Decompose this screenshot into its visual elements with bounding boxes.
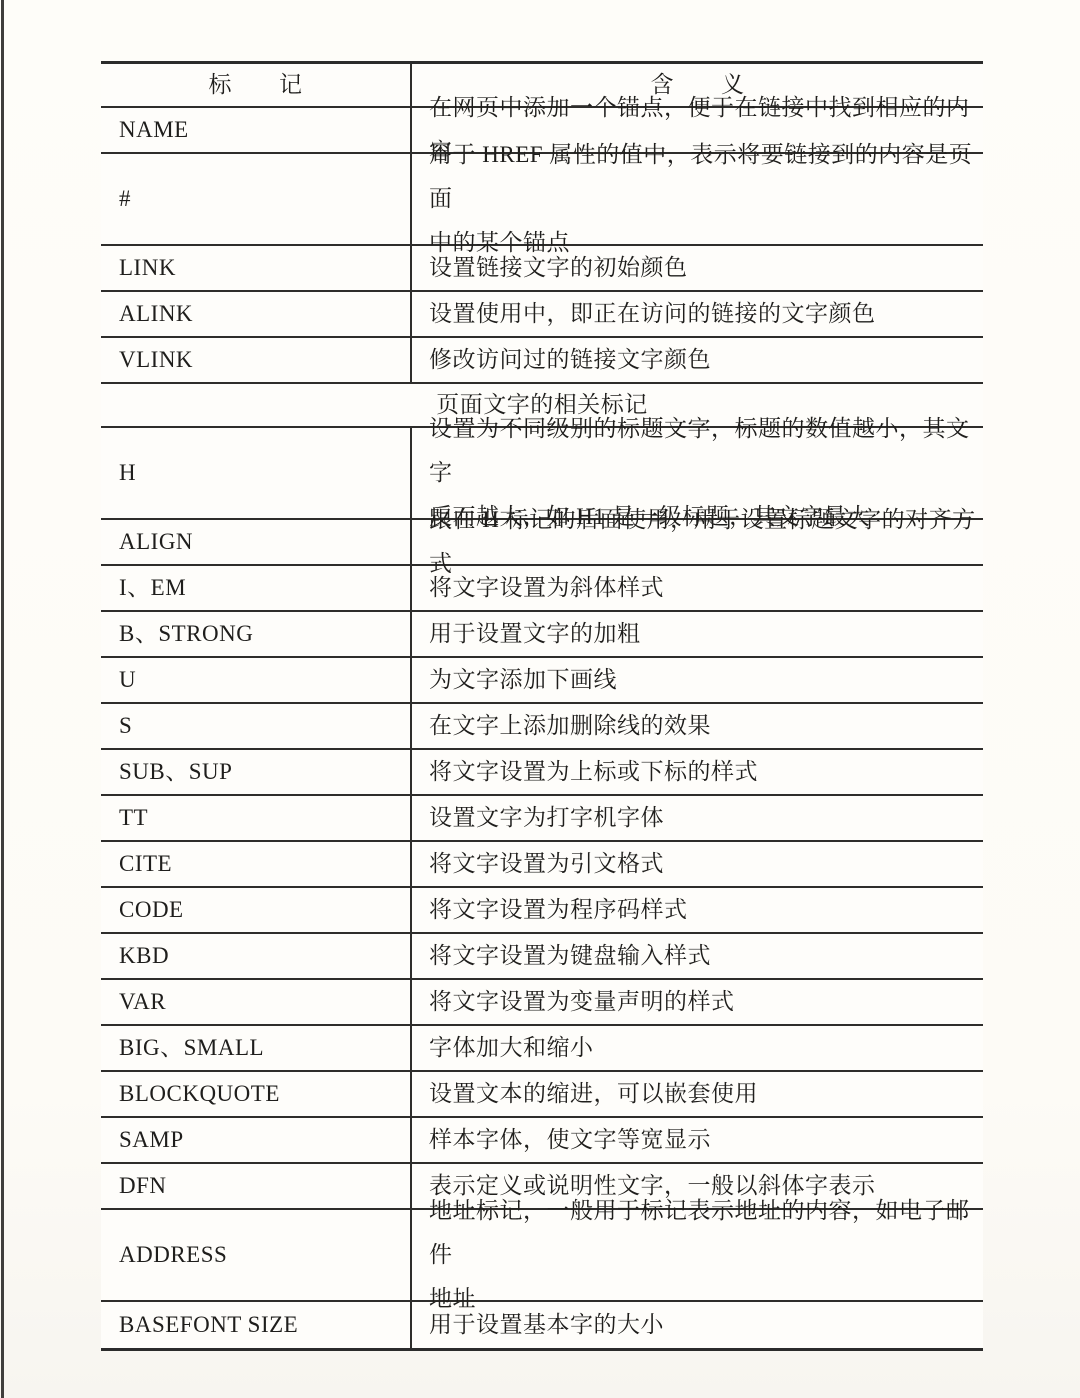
meaning-cell: 修改访问过的链接文字颜色 xyxy=(412,338,983,382)
table-row: BIG、SMALL 字体加大和缩小 xyxy=(101,1026,983,1072)
meaning-cell: 设置链接文字的初始颜色 xyxy=(412,246,983,290)
meaning-cell: 将文字设置为键盘输入样式 xyxy=(412,934,983,978)
table-row: LINK 设置链接文字的初始颜色 xyxy=(101,246,983,292)
meaning-cell: 样本字体，使文字等宽显示 xyxy=(412,1118,983,1162)
table-row: VLINK 修改访问过的链接文字颜色 xyxy=(101,338,983,384)
meaning-cell: 用于设置文字的加粗 xyxy=(412,612,983,656)
meaning-cell: 设置文字为打字机字体 xyxy=(412,796,983,840)
meaning-cell: 设置使用中，即正在访问的链接的文字颜色 xyxy=(412,292,983,336)
table-row: ADDRESS 地址标记，一般用于标记表示地址的内容，如电子邮件 地址 xyxy=(101,1210,983,1302)
meaning-cell: 在文字上添加删除线的效果 xyxy=(412,704,983,748)
table-row: BLOCKQUOTE 设置文本的缩进，可以嵌套使用 xyxy=(101,1072,983,1118)
table-row: VAR 将文字设置为变量声明的样式 xyxy=(101,980,983,1026)
tag-cell: SAMP xyxy=(101,1118,412,1162)
tag-column-header: 标 记 xyxy=(101,64,412,106)
tag-cell: BIG、SMALL xyxy=(101,1026,412,1070)
table-row: U 为文字添加下画线 xyxy=(101,658,983,704)
meaning-cell: 将文字设置为程序码样式 xyxy=(412,888,983,932)
tag-cell: NAME xyxy=(101,108,412,152)
scan-edge-line xyxy=(1,0,4,1398)
tag-reference-table: 标 记 含 义 NAME 在网页中添加一个锚点，便于在链接中找到相应的内容 # … xyxy=(101,61,983,1351)
tag-cell: ALINK xyxy=(101,292,412,336)
table-row: # 用于 HREF 属性的值中，表示将要链接到的内容是页面 中的某个锚点 xyxy=(101,154,983,246)
meaning-cell: 将文字设置为斜体样式 xyxy=(412,566,983,610)
tag-cell: U xyxy=(101,658,412,702)
tag-cell: CITE xyxy=(101,842,412,886)
tag-cell: KBD xyxy=(101,934,412,978)
table-row: CITE 将文字设置为引文格式 xyxy=(101,842,983,888)
table-row: B、STRONG 用于设置文字的加粗 xyxy=(101,612,983,658)
tag-cell: VLINK xyxy=(101,338,412,382)
tag-cell: # xyxy=(101,154,412,244)
tag-cell: ALIGN xyxy=(101,520,412,564)
meaning-cell: 地址标记，一般用于标记表示地址的内容，如电子邮件 地址 xyxy=(412,1210,983,1300)
table-row: CODE 将文字设置为程序码样式 xyxy=(101,888,983,934)
meaning-cell: 将文字设置为上标或下标的样式 xyxy=(412,750,983,794)
table-row: BASEFONT SIZE 用于设置基本字的大小 xyxy=(101,1302,983,1348)
tag-cell: LINK xyxy=(101,246,412,290)
meaning-cell: 用于 HREF 属性的值中，表示将要链接到的内容是页面 中的某个锚点 xyxy=(412,154,983,244)
meaning-cell: 设置文本的缩进，可以嵌套使用 xyxy=(412,1072,983,1116)
tag-cell: BLOCKQUOTE xyxy=(101,1072,412,1116)
meaning-cell: 将文字设置为引文格式 xyxy=(412,842,983,886)
tag-cell: VAR xyxy=(101,980,412,1024)
table-row: SAMP 样本字体，使文字等宽显示 xyxy=(101,1118,983,1164)
tag-cell: S xyxy=(101,704,412,748)
tag-cell: ADDRESS xyxy=(101,1210,412,1300)
table-row: SUB、SUP 将文字设置为上标或下标的样式 xyxy=(101,750,983,796)
table-row: S 在文字上添加删除线的效果 xyxy=(101,704,983,750)
tag-cell: B、STRONG xyxy=(101,612,412,656)
meaning-cell: 跟在 H 标记的后面使用，用于设置标题文字的对齐方式 xyxy=(412,520,983,564)
meaning-cell: 字体加大和缩小 xyxy=(412,1026,983,1070)
table-row: TT 设置文字为打字机字体 xyxy=(101,796,983,842)
meaning-cell: 为文字添加下画线 xyxy=(412,658,983,702)
tag-cell: BASEFONT SIZE xyxy=(101,1302,412,1348)
meaning-cell: 将文字设置为变量声明的样式 xyxy=(412,980,983,1024)
tag-cell: TT xyxy=(101,796,412,840)
meaning-cell: 用于设置基本字的大小 xyxy=(412,1302,983,1348)
table-row: I、EM 将文字设置为斜体样式 xyxy=(101,566,983,612)
table-row: ALIGN 跟在 H 标记的后面使用，用于设置标题文字的对齐方式 xyxy=(101,520,983,566)
tag-cell: H xyxy=(101,428,412,518)
tag-cell: CODE xyxy=(101,888,412,932)
tag-cell: DFN xyxy=(101,1164,412,1208)
tag-cell: SUB、SUP xyxy=(101,750,412,794)
tag-cell: I、EM xyxy=(101,566,412,610)
table-row: ALINK 设置使用中，即正在访问的链接的文字颜色 xyxy=(101,292,983,338)
table-row: KBD 将文字设置为键盘输入样式 xyxy=(101,934,983,980)
